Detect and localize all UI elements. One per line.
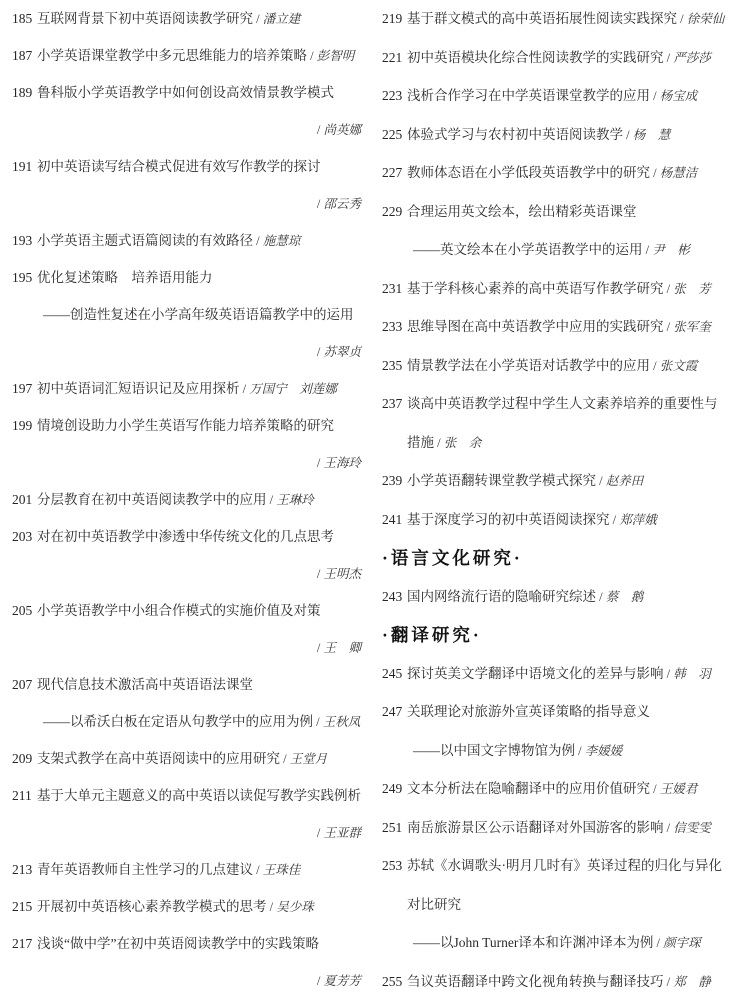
author-name: 尚英娜 [323, 123, 361, 137]
author-slash: / [267, 900, 277, 914]
entry-title: 措施 [407, 435, 434, 450]
author-slash: / [650, 359, 660, 373]
entry-page-number: 221 [382, 39, 407, 78]
toc-entry: ——以中国文字博物馆为例 / 李媛媛 [382, 732, 713, 771]
author-name: 王秋凤 [323, 715, 361, 729]
entry-title: 互联网背景下初中英语阅读教学研究 [37, 11, 253, 26]
author-name: 杨慧洁 [660, 166, 698, 180]
entry-title: 小学英语主题式语篇阅读的有效路径 [37, 233, 253, 248]
author-slash: / [307, 49, 317, 63]
author-name: 李媛媛 [585, 744, 623, 758]
entry-page-number: 251 [382, 809, 407, 848]
toc-entry: 245探讨英美文学翻译中语境文化的差异与影响 / 韩 羽 [382, 655, 713, 694]
author-name: 张文霞 [660, 359, 698, 373]
toc-entry: 237谈高中英语教学过程中学生人文素养培养的重要性与 [382, 385, 713, 424]
author-name: 严莎莎 [673, 51, 711, 65]
entry-title: 开展初中英语核心素养教学模式的思考 [37, 899, 267, 914]
toc-author-line: / 王亚群 [12, 814, 363, 851]
entry-page-number: 247 [382, 693, 407, 732]
author-slash: / [596, 590, 606, 604]
toc-column-right: 219基于群文模式的高中英语拓展性阅读实践探究 / 徐荣仙221初中英语模块化综… [382, 0, 713, 1001]
entry-title: 文本分析法在隐喻翻译中的应用价值研究 [407, 781, 650, 796]
entry-title: 南岳旅游景区公示语翻译对外国游客的影响 [407, 820, 664, 835]
toc-page: 185互联网背景下初中英语阅读教学研究 / 潘立建187小学英语课堂教学中多元思… [0, 0, 740, 1001]
entry-title: 鲁科版小学英语教学中如何创设高效情景教学模式 [37, 85, 334, 100]
toc-entry: 251南岳旅游景区公示语翻译对外国游客的影响 / 信雯雯 [382, 809, 713, 848]
author-name: 颜宇琛 [663, 936, 701, 950]
toc-entry: 185互联网背景下初中英语阅读教学研究 / 潘立建 [12, 0, 363, 37]
section-header: ·翻译研究· [382, 616, 713, 655]
toc-author-line: / 王海玲 [12, 444, 363, 481]
author-slash: / [643, 243, 653, 257]
author-name: 王海玲 [323, 456, 361, 470]
entry-title: 基于群文模式的高中英语拓展性阅读实践探究 [407, 11, 677, 26]
entry-page-number: 189 [12, 74, 37, 111]
author-name: 张军奎 [673, 320, 711, 334]
toc-entry: 197初中英语词汇短语识记及应用探析 / 万国宁 刘莲娜 [12, 370, 363, 407]
author-slash: / [267, 493, 277, 507]
toc-entry: 215开展初中英语核心素养教学模式的思考 / 吴少珠 [12, 888, 363, 925]
entry-page-number: 243 [382, 578, 407, 617]
author-name: 潘立建 [263, 12, 301, 26]
author-slash: / [664, 51, 674, 65]
section-header: ·语言文化研究· [382, 539, 713, 578]
entry-title: ——英文绘本在小学英语教学中的运用 [413, 242, 643, 257]
entry-page-number: 195 [12, 259, 37, 296]
entry-title: 小学英语翻转课堂教学模式探究 [407, 473, 596, 488]
toc-entry: 247关联理论对旅游外宣英译策略的指导意义 [382, 693, 713, 732]
author-slash: / [313, 715, 323, 729]
toc-entry: 221初中英语模块化综合性阅读教学的实践研究 / 严莎莎 [382, 39, 713, 78]
author-slash: / [623, 128, 633, 142]
toc-author-line: / 夏芳芳 [12, 962, 363, 999]
author-slash: / [653, 936, 663, 950]
toc-entry: 225体验式学习与农村初中英语阅读教学 / 杨 慧 [382, 116, 713, 155]
entry-page-number: 203 [12, 518, 37, 555]
toc-entry: 229合理运用英文绘本，绘出精彩英语课堂 [382, 193, 713, 232]
entry-page-number: 253 [382, 847, 407, 886]
author-name: 王 卿 [323, 641, 361, 655]
toc-entry: 233思维导图在高中英语教学中应用的实践研究 / 张军奎 [382, 308, 713, 347]
toc-entry: 189鲁科版小学英语教学中如何创设高效情景教学模式 [12, 74, 363, 111]
author-slash: / [650, 782, 660, 796]
entry-page-number: 235 [382, 347, 407, 386]
author-slash: / [575, 744, 585, 758]
entry-title: 基于大单元主题意义的高中英语以读促写教学实践例析 [37, 788, 361, 803]
entry-page-number: 211 [12, 777, 37, 814]
toc-author-line: / 王 卿 [12, 629, 363, 666]
entry-title: 初中英语读写结合模式促进有效写作教学的探讨 [37, 159, 321, 174]
toc-entry: 211基于大单元主题意义的高中英语以读促写教学实践例析 [12, 777, 363, 814]
toc-entry: 231基于学科核心素养的高中英语写作教学研究 / 张 芳 [382, 270, 713, 309]
author-name: 彭智明 [317, 49, 355, 63]
entry-page-number: 225 [382, 116, 407, 155]
author-name: 王亚群 [323, 826, 361, 840]
entry-page-number: 231 [382, 270, 407, 309]
entry-title: 思维导图在高中英语教学中应用的实践研究 [407, 319, 664, 334]
toc-entry: ——创造性复述在小学高年级英语语篇教学中的运用 [12, 296, 363, 333]
toc-entry: ——以希沃白板在定语从句教学中的应用为例 / 王秋凤 [12, 703, 363, 740]
toc-entry: 219基于群文模式的高中英语拓展性阅读实践探究 / 徐荣仙 [382, 0, 713, 39]
entry-title: ——以John Turner译本和许渊冲译本为例 [413, 935, 653, 950]
toc-author-line: / 苏翠贞 [12, 333, 363, 370]
entry-title: 分层教育在初中英语阅读教学中的应用 [37, 492, 267, 507]
entry-page-number: 185 [12, 0, 37, 37]
entry-title: 浅谈“做中学”在初中英语阅读教学中的实践策略 [37, 936, 319, 951]
toc-entry: 203对在初中英语教学中渗透中华传统文化的几点思考 [12, 518, 363, 555]
toc-entry: 239小学英语翻转课堂教学模式探究 / 赵养田 [382, 462, 713, 501]
toc-entry: 235情景教学法在小学英语对话教学中的应用 / 张文霞 [382, 347, 713, 386]
entry-page-number: 193 [12, 222, 37, 259]
author-name: 杨宝成 [660, 89, 698, 103]
toc-entry: 249文本分析法在隐喻翻译中的应用价值研究 / 王媛君 [382, 770, 713, 809]
author-name: 万国宁 刘莲娜 [249, 382, 337, 396]
entry-title: 基于深度学习的初中英语阅读探究 [407, 512, 610, 527]
entry-title: 国内网络流行语的隐喻研究综述 [407, 589, 596, 604]
entry-page-number: 255 [382, 963, 407, 1001]
toc-author-line: / 尚英娜 [12, 111, 363, 148]
toc-entry: 241基于深度学习的初中英语阅读探究 / 郑萍娥 [382, 501, 713, 540]
author-name: 蔡 鹅 [606, 590, 644, 604]
entry-title: 情景教学法在小学英语对话教学中的应用 [407, 358, 650, 373]
entry-title: 支架式教学在高中英语阅读中的应用研究 [37, 751, 280, 766]
author-slash: / [434, 436, 444, 450]
entry-title: 现代信息技术激活高中英语语法课堂 [37, 677, 253, 692]
toc-entry: 193小学英语主题式语篇阅读的有效路径 / 施慧琼 [12, 222, 363, 259]
journal-toc-page: { "page": { "background": "#ffffff", "te… [0, 0, 740, 1001]
author-name: 郑 静 [673, 975, 711, 989]
toc-author-line: / 邵云秀 [12, 185, 363, 222]
author-name: 郑萍娥 [619, 513, 657, 527]
entry-page-number: 233 [382, 308, 407, 347]
author-name: 张 芳 [673, 282, 711, 296]
author-name: 施慧琼 [263, 234, 301, 248]
entry-title: 小学英语课堂教学中多元思维能力的培养策略 [37, 48, 307, 63]
author-slash: / [664, 821, 674, 835]
author-slash: / [610, 513, 620, 527]
toc-entry: 253苏轼《水调歌头·明月几时有》英译过程的归化与异化 [382, 847, 713, 886]
entry-title: 关联理论对旅游外宣英译策略的指导意义 [407, 704, 650, 719]
author-name: 尹 彬 [652, 243, 690, 257]
toc-entry: 199情境创设助力小学生英语写作能力培养策略的研究 [12, 407, 363, 444]
author-slash: / [253, 234, 263, 248]
entry-title: 合理运用英文绘本，绘出精彩英语课堂 [407, 204, 637, 219]
entry-page-number: 191 [12, 148, 37, 185]
entry-title: 对在初中英语教学中渗透中华传统文化的几点思考 [37, 529, 334, 544]
entry-title: 苏轼《水调歌头·明月几时有》英译过程的归化与异化 [407, 858, 722, 873]
entry-page-number: 213 [12, 851, 37, 888]
author-name: 王堂月 [290, 752, 328, 766]
entry-title: 初中英语词汇短语识记及应用探析 [37, 381, 240, 396]
author-name: 王明杰 [323, 567, 361, 581]
toc-entry: 213青年英语教师自主性学习的几点建议 / 王珠佳 [12, 851, 363, 888]
author-slash: / [596, 474, 606, 488]
author-slash: / [664, 282, 674, 296]
author-name: 夏芳芳 [323, 974, 361, 988]
author-name: 邵云秀 [323, 197, 361, 211]
entry-title: 基于学科核心素养的高中英语写作教学研究 [407, 281, 664, 296]
author-slash: / [650, 89, 660, 103]
toc-entry: 201分层教育在初中英语阅读教学中的应用 / 王琳玲 [12, 481, 363, 518]
entry-page-number: 209 [12, 740, 37, 777]
toc-author-line: / 王明杰 [12, 555, 363, 592]
entry-page-number: 223 [382, 77, 407, 116]
author-name: 王琳玲 [276, 493, 314, 507]
toc-entry: 243国内网络流行语的隐喻研究综述 / 蔡 鹅 [382, 578, 713, 617]
entry-title: 谈高中英语教学过程中学生人文素养培养的重要性与 [407, 396, 718, 411]
author-slash: / [664, 320, 674, 334]
toc-entry: 187小学英语课堂教学中多元思维能力的培养策略 / 彭智明 [12, 37, 363, 74]
entry-title: 体验式学习与农村初中英语阅读教学 [407, 127, 623, 142]
author-slash: / [253, 12, 263, 26]
entry-title: 探讨英美文学翻译中语境文化的差异与影响 [407, 666, 664, 681]
entry-page-number: 239 [382, 462, 407, 501]
toc-entry: 227教师体态语在小学低段英语教学中的研究 / 杨慧洁 [382, 154, 713, 193]
author-slash: / [664, 975, 674, 989]
author-name: 杨 慧 [633, 128, 671, 142]
author-slash: / [650, 166, 660, 180]
entry-page-number: 199 [12, 407, 37, 444]
entry-page-number: 237 [382, 385, 407, 424]
entry-page-number: 207 [12, 666, 37, 703]
toc-entry: 223浅析合作学习在中学英语课堂教学的应用 / 杨宝成 [382, 77, 713, 116]
author-name: 吴少珠 [276, 900, 314, 914]
entry-title: ——以希沃白板在定语从句教学中的应用为例 [43, 714, 313, 729]
entry-title: 情境创设助力小学生英语写作能力培养策略的研究 [37, 418, 334, 433]
entry-title: 优化复述策略 培养语用能力 [37, 270, 213, 285]
author-name: 赵养田 [606, 474, 644, 488]
entry-page-number: 249 [382, 770, 407, 809]
toc-entry: 217浅谈“做中学”在初中英语阅读教学中的实践策略 [12, 925, 363, 962]
entry-page-number: 227 [382, 154, 407, 193]
toc-entry: 191初中英语读写结合模式促进有效写作教学的探讨 [12, 148, 363, 185]
entry-page-number: 215 [12, 888, 37, 925]
toc-entry: 195优化复述策略 培养语用能力 [12, 259, 363, 296]
toc-entry: 措施 / 张 余 [382, 424, 713, 463]
entry-title: 浅析合作学习在中学英语课堂教学的应用 [407, 88, 650, 103]
author-slash: / [253, 863, 263, 877]
author-slash: / [280, 752, 290, 766]
entry-page-number: 187 [12, 37, 37, 74]
author-name: 王珠佳 [263, 863, 301, 877]
entry-title: ——创造性复述在小学高年级英语语篇教学中的运用 [43, 307, 354, 322]
entry-page-number: 229 [382, 193, 407, 232]
toc-entry: 209支架式教学在高中英语阅读中的应用研究 / 王堂月 [12, 740, 363, 777]
entry-page-number: 241 [382, 501, 407, 540]
entry-page-number: 219 [382, 0, 407, 39]
toc-entry: 对比研究 [382, 886, 713, 925]
toc-entry: 205小学英语教学中小组合作模式的实施价值及对策 [12, 592, 363, 629]
entry-page-number: 245 [382, 655, 407, 694]
entry-title: 刍议英语翻译中跨文化视角转换与翻译技巧 [407, 974, 664, 989]
author-name: 徐荣仙 [687, 12, 725, 26]
entry-page-number: 217 [12, 925, 37, 962]
author-name: 苏翠贞 [323, 345, 361, 359]
author-name: 信雯雯 [673, 821, 711, 835]
toc-entry: ——英文绘本在小学英语教学中的运用 / 尹 彬 [382, 231, 713, 270]
entry-page-number: 201 [12, 481, 37, 518]
toc-entry: 255刍议英语翻译中跨文化视角转换与翻译技巧 / 郑 静 [382, 963, 713, 1001]
toc-entry: 207现代信息技术激活高中英语语法课堂 [12, 666, 363, 703]
author-slash: / [677, 12, 687, 26]
entry-title: 初中英语模块化综合性阅读教学的实践研究 [407, 50, 664, 65]
entry-title: ——以中国文字博物馆为例 [413, 743, 575, 758]
entry-page-number: 197 [12, 370, 37, 407]
entry-title: 小学英语教学中小组合作模式的实施价值及对策 [37, 603, 321, 618]
toc-entry: ——以John Turner译本和许渊冲译本为例 / 颜宇琛 [382, 924, 713, 963]
author-slash: / [664, 667, 674, 681]
entry-title: 对比研究 [407, 897, 461, 912]
entry-page-number: 205 [12, 592, 37, 629]
author-slash: / [240, 382, 250, 396]
entry-title: 青年英语教师自主性学习的几点建议 [37, 862, 253, 877]
author-name: 张 余 [444, 436, 482, 450]
toc-column-left: 185互联网背景下初中英语阅读教学研究 / 潘立建187小学英语课堂教学中多元思… [12, 0, 363, 999]
entry-title: 教师体态语在小学低段英语教学中的研究 [407, 165, 650, 180]
author-name: 韩 羽 [673, 667, 711, 681]
author-name: 王媛君 [660, 782, 698, 796]
